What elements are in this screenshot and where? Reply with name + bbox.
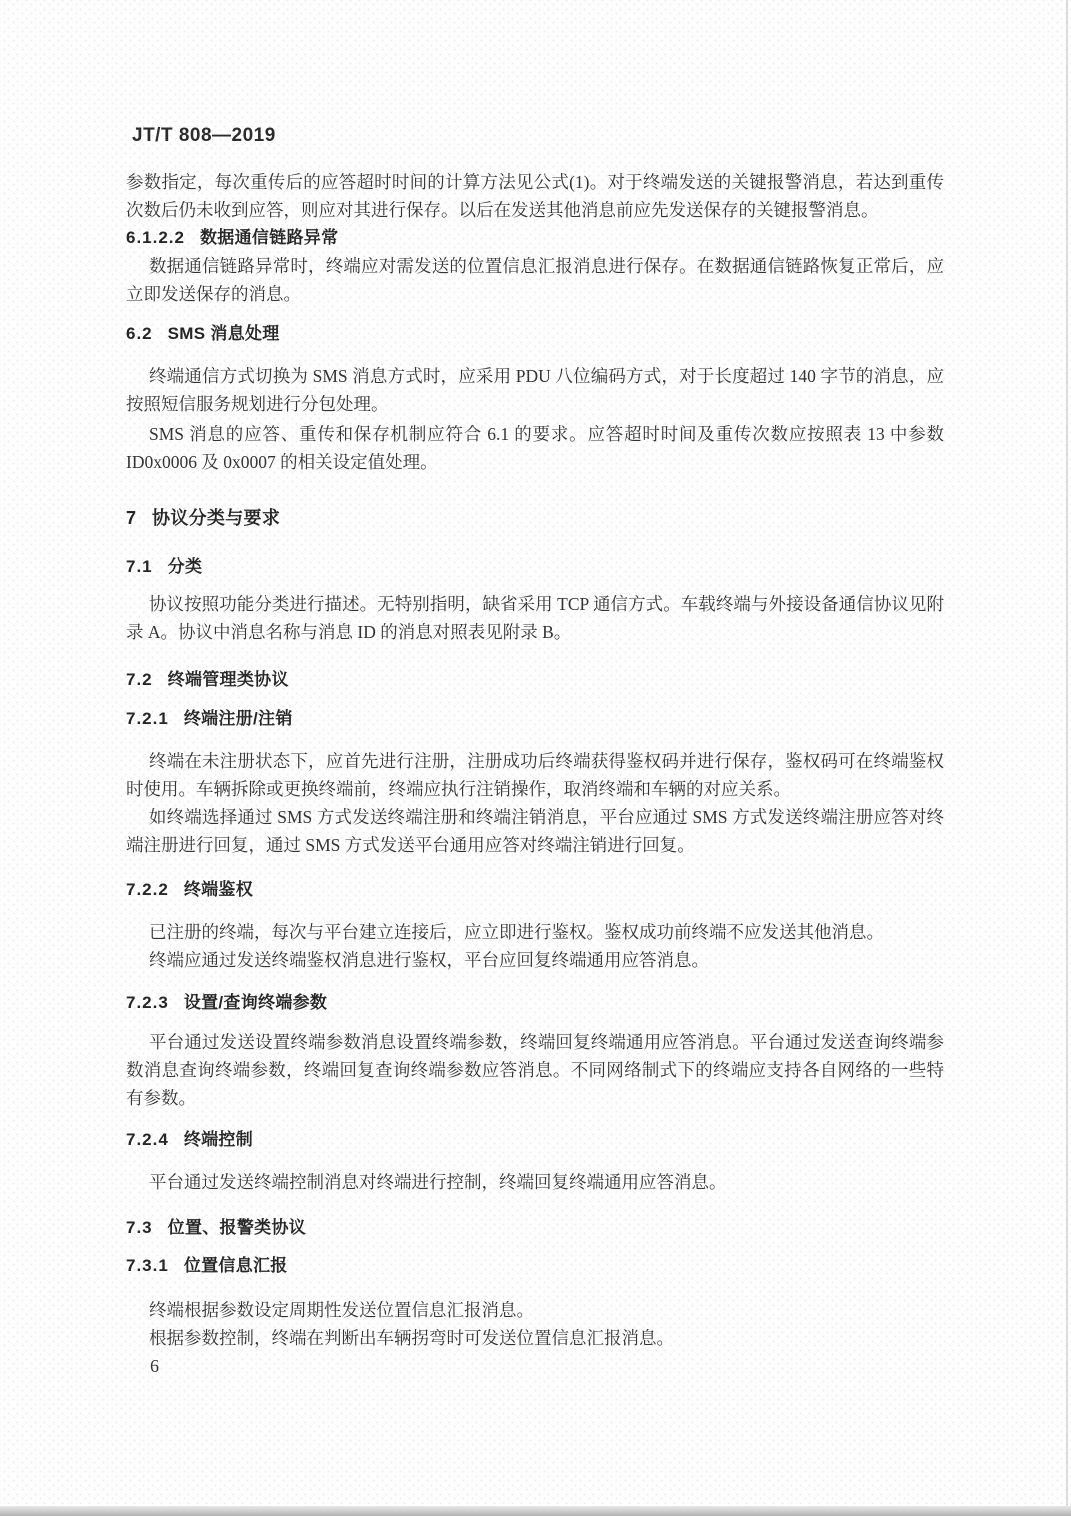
heading-title: 数据通信链路异常: [200, 228, 338, 247]
heading-number: 6.2: [126, 324, 153, 343]
paragraph-7-3-1-a: 终端根据参数设定周期性发送位置信息汇报消息。: [126, 1296, 944, 1324]
paragraph-7-2-1-b: 如终端选择通过 SMS 方式发送终端注册和终端注销消息，平台应通过 SMS 方式…: [126, 803, 944, 859]
heading-7-3: 7.3位置、报警类协议: [126, 1214, 944, 1242]
scan-right-edge: [1066, 0, 1068, 1516]
heading-number: 7.2.2: [126, 880, 169, 899]
heading-title: 位置、报警类协议: [168, 1218, 306, 1237]
paragraph-7-2-2-b: 终端应通过发送终端鉴权消息进行鉴权，平台应回复终端通用应答消息。: [126, 946, 944, 974]
heading-number: 7.2.3: [126, 993, 169, 1012]
heading-title: 设置/查询终端参数: [184, 993, 327, 1012]
heading-7-2: 7.2终端管理类协议: [126, 666, 944, 694]
scan-bottom-edge: [0, 1506, 1071, 1516]
heading-number: 7.1: [126, 557, 153, 576]
paragraph-sms-1: 终端通信方式切换为 SMS 消息方式时，应采用 PDU 八位编码方式，对于长度超…: [126, 362, 944, 418]
document-page: JT/T 808—2019 参数指定，每次重传后的应答超时时间的计算方法见公式(…: [0, 0, 1071, 1516]
heading-title: 终端管理类协议: [168, 670, 289, 689]
paragraph-7-2-1-a: 终端在未注册状态下，应首先进行注册，注册成功后终端获得鉴权码并进行保存，鉴权码可…: [126, 747, 944, 803]
paragraph-retry-carryover: 参数指定，每次重传后的应答超时时间的计算方法见公式(1)。对于终端发送的关键报警…: [126, 168, 944, 224]
heading-title: 位置信息汇报: [184, 1256, 288, 1275]
page-content: JT/T 808—2019 参数指定，每次重传后的应答超时时间的计算方法见公式(…: [126, 122, 944, 1380]
document-code-header: JT/T 808—2019: [132, 122, 944, 150]
heading-number: 7.2.1: [126, 709, 169, 728]
heading-7-2-4: 7.2.4终端控制: [126, 1126, 944, 1154]
heading-title: 协议分类与要求: [152, 508, 280, 528]
heading-title: 终端鉴权: [184, 880, 253, 899]
paragraph-7-3-1-b: 根据参数控制，终端在判断出车辆拐弯时可发送位置信息汇报消息。: [126, 1324, 944, 1352]
paragraph-7-2-4: 平台通过发送终端控制消息对终端进行控制，终端回复终端通用应答消息。: [126, 1168, 944, 1196]
heading-6-2: 6.2SMS 消息处理: [126, 320, 944, 348]
heading-6-1-2-2: 6.1.2.2数据通信链路异常: [126, 224, 944, 252]
heading-7: 7协议分类与要求: [126, 504, 944, 532]
heading-number: 7: [126, 508, 137, 528]
paragraph-7-2-3: 平台通过发送设置终端参数消息设置终端参数，终端回复终端通用应答消息。平台通过发送…: [126, 1028, 944, 1112]
paragraph-sms-2: SMS 消息的应答、重传和保存机制应符合 6.1 的要求。应答超时时间及重传次数…: [126, 420, 944, 476]
heading-7-2-3: 7.2.3设置/查询终端参数: [126, 989, 944, 1017]
paragraph-7-2-2-a: 已注册的终端，每次与平台建立连接后，应立即进行鉴权。鉴权成功前终端不应发送其他消…: [126, 918, 944, 946]
heading-number: 7.2: [126, 670, 153, 689]
heading-number: 7.3: [126, 1218, 153, 1237]
heading-title: 终端控制: [184, 1130, 253, 1149]
heading-7-3-1: 7.3.1位置信息汇报: [126, 1252, 944, 1280]
paragraph-7-1: 协议按照功能分类进行描述。无特别指明，缺省采用 TCP 通信方式。车载终端与外接…: [126, 590, 944, 646]
heading-title: SMS 消息处理: [168, 324, 280, 343]
heading-number: 6.1.2.2: [126, 228, 185, 247]
heading-7-2-1: 7.2.1终端注册/注销: [126, 705, 944, 733]
heading-title: 终端注册/注销: [184, 709, 293, 728]
heading-number: 7.2.4: [126, 1130, 169, 1149]
heading-7-1: 7.1分类: [126, 553, 944, 581]
heading-7-2-2: 7.2.2终端鉴权: [126, 876, 944, 904]
heading-number: 7.3.1: [126, 1256, 169, 1275]
page-number: 6: [150, 1352, 944, 1380]
heading-title: 分类: [168, 557, 203, 576]
paragraph-datalink: 数据通信链路异常时，终端应对需发送的位置信息汇报消息进行保存。在数据通信链路恢复…: [126, 252, 944, 308]
